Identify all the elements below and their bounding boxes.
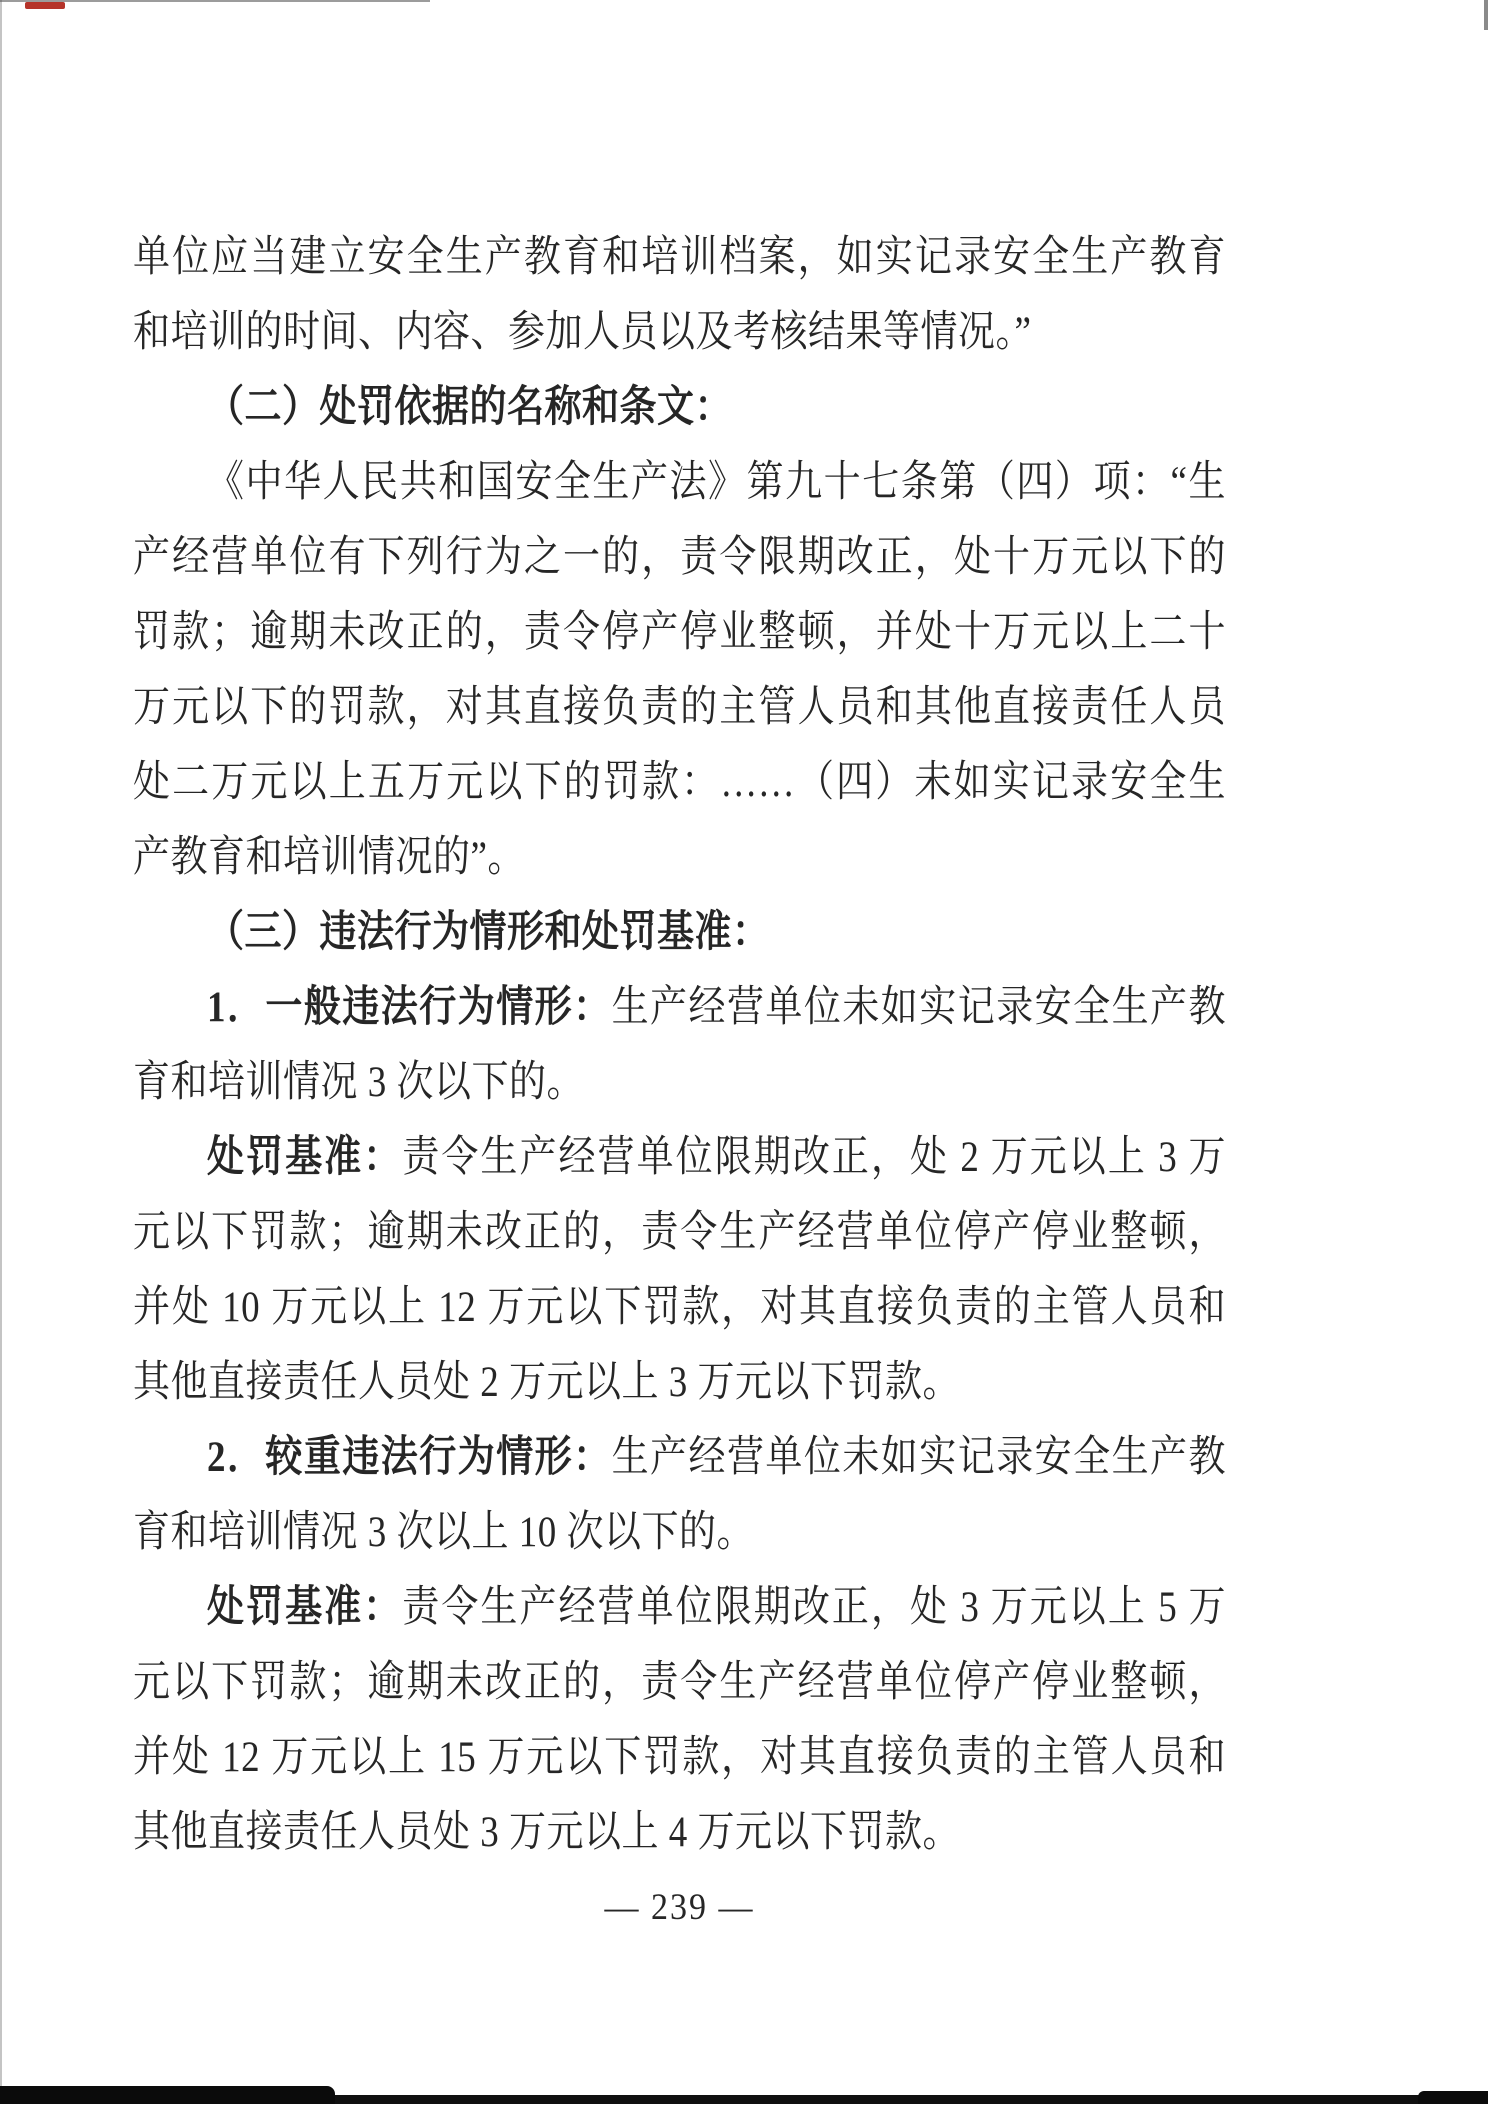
doc-heading-2: （二）处罚依据的名称和条文： bbox=[133, 364, 1226, 451]
line-text: 万元以下的罚款，对其直接负责的主管人员和其他直接责任人员 bbox=[133, 684, 1226, 732]
doc-line-7: 万元以下的罚款，对其直接负责的主管人员和其他直接责任人员 bbox=[133, 664, 1226, 751]
line-text: 其他直接责任人员处 2 万元以上 3 万元以下罚款。 bbox=[133, 1359, 960, 1407]
line-text: 生产经营单位未如实记录安全生产教 bbox=[612, 1434, 1226, 1482]
scan-artifact-corner-mark bbox=[1484, 0, 1488, 30]
doc-line-12: 育和培训情况 3 次以下的。 bbox=[133, 1039, 1226, 1126]
doc-line-5: 产经营单位有下列行为之一的，责令限期改正，处十万元以下的 bbox=[133, 514, 1226, 601]
penalty-basis-label: 处罚基准： bbox=[207, 1584, 402, 1632]
penalty-basis-label: 处罚基准： bbox=[207, 1134, 402, 1182]
line-text: 元以下罚款；逾期未改正的，责令生产经营单位停产停业整顿， bbox=[133, 1659, 1226, 1707]
doc-line-21: 并处 12 万元以上 15 万元以下罚款，对其直接负责的主管人员和 bbox=[133, 1714, 1226, 1801]
scan-artifact-bottom-right-blob bbox=[1418, 2091, 1488, 2104]
doc-line-16: 其他直接责任人员处 2 万元以上 3 万元以下罚款。 bbox=[133, 1339, 1226, 1426]
item-2-label: 2．较重违法行为情形： bbox=[207, 1434, 612, 1482]
scan-artifact-left-edge bbox=[0, 0, 2, 2104]
doc-line-11: 1．一般违法行为情形：生产经营单位未如实记录安全生产教 bbox=[133, 964, 1226, 1051]
doc-line-20: 元以下罚款；逾期未改正的，责令生产经营单位停产停业整顿， bbox=[133, 1639, 1226, 1726]
doc-line-19: 处罚基准：责令生产经营单位限期改正，处 3 万元以上 5 万 bbox=[133, 1564, 1226, 1651]
doc-line-14: 元以下罚款；逾期未改正的，责令生产经营单位停产停业整顿， bbox=[133, 1189, 1226, 1276]
line-text: 生产经营单位未如实记录安全生产教 bbox=[612, 984, 1226, 1032]
item-1-label: 1．一般违法行为情形： bbox=[207, 984, 612, 1032]
line-text: 产经营单位有下列行为之一的，责令限期改正，处十万元以下的 bbox=[133, 534, 1226, 582]
doc-line-18: 育和培训情况 3 次以上 10 次以下的。 bbox=[133, 1489, 1226, 1576]
doc-heading-3: （三）违法行为情形和处罚基准： bbox=[133, 889, 1226, 976]
scan-artifact-red-mark bbox=[25, 2, 65, 9]
doc-line-4: 《中华人民共和国安全生产法》第九十七条第（四）项：“生 bbox=[133, 439, 1226, 526]
line-text: 责令生产经营单位限期改正，处 2 万元以上 3 万 bbox=[402, 1134, 1226, 1182]
doc-line-1: 单位应当建立安全生产教育和培训档案，如实记录安全生产教育 bbox=[133, 214, 1226, 301]
line-text: 育和培训情况 3 次以下的。 bbox=[133, 1059, 584, 1107]
doc-line-2: 和培训的时间、内容、参加人员以及考核结果等情况。” bbox=[133, 289, 1226, 376]
line-text: 《中华人民共和国安全生产法》第九十七条第（四）项：“生 bbox=[207, 459, 1226, 507]
scan-artifact-bottom-left-blob bbox=[0, 2086, 335, 2104]
line-text: 元以下罚款；逾期未改正的，责令生产经营单位停产停业整顿， bbox=[133, 1209, 1226, 1257]
line-text: 责令生产经营单位限期改正，处 3 万元以上 5 万 bbox=[402, 1584, 1226, 1632]
page: 单位应当建立安全生产教育和培训档案，如实记录安全生产教育 和培训的时间、内容、参… bbox=[0, 0, 1488, 2104]
doc-line-17: 2．较重违法行为情形：生产经营单位未如实记录安全生产教 bbox=[133, 1414, 1226, 1501]
document-body: 单位应当建立安全生产教育和培训档案，如实记录安全生产教育 和培训的时间、内容、参… bbox=[133, 220, 1226, 1945]
line-text: 并处 10 万元以上 12 万元以下罚款，对其直接负责的主管人员和 bbox=[133, 1284, 1226, 1332]
line-text: 单位应当建立安全生产教育和培训档案，如实记录安全生产教育 bbox=[133, 234, 1226, 282]
line-text: 产教育和培训情况的”。 bbox=[133, 834, 525, 882]
doc-line-6: 罚款；逾期未改正的，责令停产停业整顿，并处十万元以上二十 bbox=[133, 589, 1226, 676]
doc-line-15: 并处 10 万元以上 12 万元以下罚款，对其直接负责的主管人员和 bbox=[133, 1264, 1226, 1351]
line-text: 处二万元以上五万元以下的罚款：……（四）未如实记录安全生 bbox=[133, 759, 1226, 807]
section-heading: （三）违法行为情形和处罚基准： bbox=[207, 909, 770, 957]
page-number: — 239 — bbox=[133, 1866, 1226, 1949]
doc-line-22: 其他直接责任人员处 3 万元以上 4 万元以下罚款。 bbox=[133, 1789, 1226, 1876]
line-text: 罚款；逾期未改正的，责令停产停业整顿，并处十万元以上二十 bbox=[133, 609, 1226, 657]
doc-line-13: 处罚基准：责令生产经营单位限期改正，处 2 万元以上 3 万 bbox=[133, 1114, 1226, 1201]
section-heading: （二）处罚依据的名称和条文： bbox=[207, 384, 732, 432]
doc-line-8: 处二万元以上五万元以下的罚款：……（四）未如实记录安全生 bbox=[133, 739, 1226, 826]
line-text: 并处 12 万元以上 15 万元以下罚款，对其直接负责的主管人员和 bbox=[133, 1734, 1226, 1782]
line-text: 育和培训情况 3 次以上 10 次以下的。 bbox=[133, 1509, 754, 1557]
line-text: 其他直接责任人员处 3 万元以上 4 万元以下罚款。 bbox=[133, 1809, 960, 1857]
line-text: 和培训的时间、内容、参加人员以及考核结果等情况。” bbox=[133, 309, 1031, 357]
doc-line-9: 产教育和培训情况的”。 bbox=[133, 814, 1226, 901]
